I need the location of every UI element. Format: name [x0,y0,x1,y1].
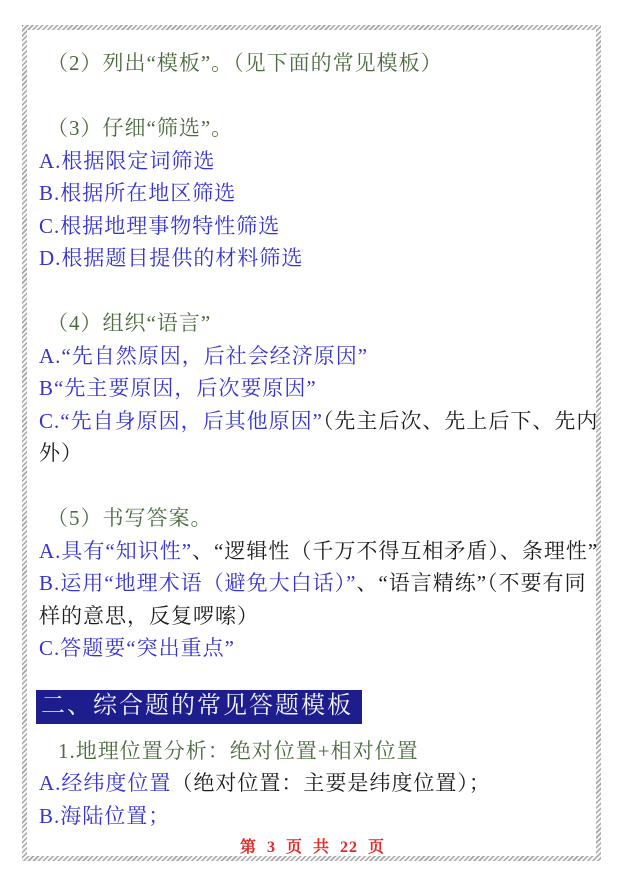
blank-line [39,80,586,113]
text-line: （3）仔细“筛选”。 [39,112,586,145]
text-segment: A.具有“知识性” [39,539,192,563]
text-segment: A.经纬度位置 [39,771,171,795]
section-heading: 二、综合题的常见答题模板 [36,690,586,724]
text-segment: （3）仔细“筛选”。 [47,116,233,140]
text-segment: （4）组织“语言” [47,311,211,335]
text-line: B.海陆位置； [39,800,586,833]
page-border-frame: （2）列出“模板”。（见下面的常见模板）（3）仔细“筛选”。A.根据限定词筛选B… [22,25,601,861]
blank-line [39,275,586,308]
text-segment: 、“逻辑性（千万不得互相矛盾）、条理性” [192,539,596,563]
text-segment: 二、综合题的常见答题模板 [41,693,353,719]
text-line: A.“先自然原因，后社会经济原因” [39,340,586,373]
text-line: 1.地理位置分析：绝对位置+相对位置 [39,735,586,768]
text-line: （4）组织“语言” [39,307,586,340]
text-line: A.具有“知识性”、“逻辑性（千万不得互相矛盾）、条理性” [39,535,586,568]
heading-highlight: 二、综合题的常见答题模板 [36,690,362,724]
text-line: C.答题要“突出重点” [39,632,586,665]
text-line: A.根据限定词筛选 [39,145,586,178]
text-line: （2）列出“模板”。（见下面的常见模板） [39,47,586,80]
text-segment: B.海陆位置； [39,804,170,828]
text-segment: 样的意思，反复啰嗦） [39,604,259,628]
text-segment: C.“先自身原因，后其他原因” [39,409,323,433]
text-segment: （先主后次、先上后下、先内后 [323,409,596,433]
text-line: （5）书写答案。 [39,502,586,535]
blank-line [39,470,586,503]
text-line: D.根据题目提供的材料筛选 [39,242,586,275]
text-line: B“先主要原因，后次要原因” [39,372,586,405]
text-segment: （5）书写答案。 [47,506,213,530]
text-segment: C.根据地理事物特性筛选 [39,214,280,238]
text-line: 样的意思，反复啰嗦） [39,600,586,633]
text-line: B.运用“地理术语（避免大白话）”、“语言精练”（不要有同 [39,567,586,600]
text-line: C.根据地理事物特性筛选 [39,210,586,243]
text-segment: A.“先自然原因，后社会经济原因” [39,344,368,368]
text-line: 外） [39,437,586,470]
text-segment: B“先主要原因，后次要原因” [39,376,317,400]
text-segment: 外） [39,441,83,465]
text-segment: D.根据题目提供的材料筛选 [39,246,303,270]
text-segment: C.答题要“突出重点” [39,636,235,660]
text-segment: 、“语言精练”（不要有同 [356,571,586,595]
text-segment: B.根据所在地区筛选 [39,181,236,205]
text-segment: A.根据限定词筛选 [39,149,215,173]
page-footer: 第 3 页 共 22 页 [39,834,586,856]
page: （2）列出“模板”。（见下面的常见模板）（3）仔细“筛选”。A.根据限定词筛选B… [27,30,596,856]
text-line: A.经纬度位置（绝对位置：主要是纬度位置）； [39,767,586,800]
text-segment: （2）列出“模板”。（见下面的常见模板） [47,51,443,75]
text-segment: B.运用“地理术语（避免大白话）” [39,571,356,595]
text-line: C.“先自身原因，后其他原因”（先主后次、先上后下、先内后 [39,405,586,438]
text-segment: （绝对位置：主要是纬度位置）； [171,771,491,795]
text-line: B.根据所在地区筛选 [39,177,586,210]
document-content: （2）列出“模板”。（见下面的常见模板）（3）仔细“筛选”。A.根据限定词筛选B… [39,47,586,832]
text-segment: 1.地理位置分析：绝对位置+相对位置 [58,739,419,763]
